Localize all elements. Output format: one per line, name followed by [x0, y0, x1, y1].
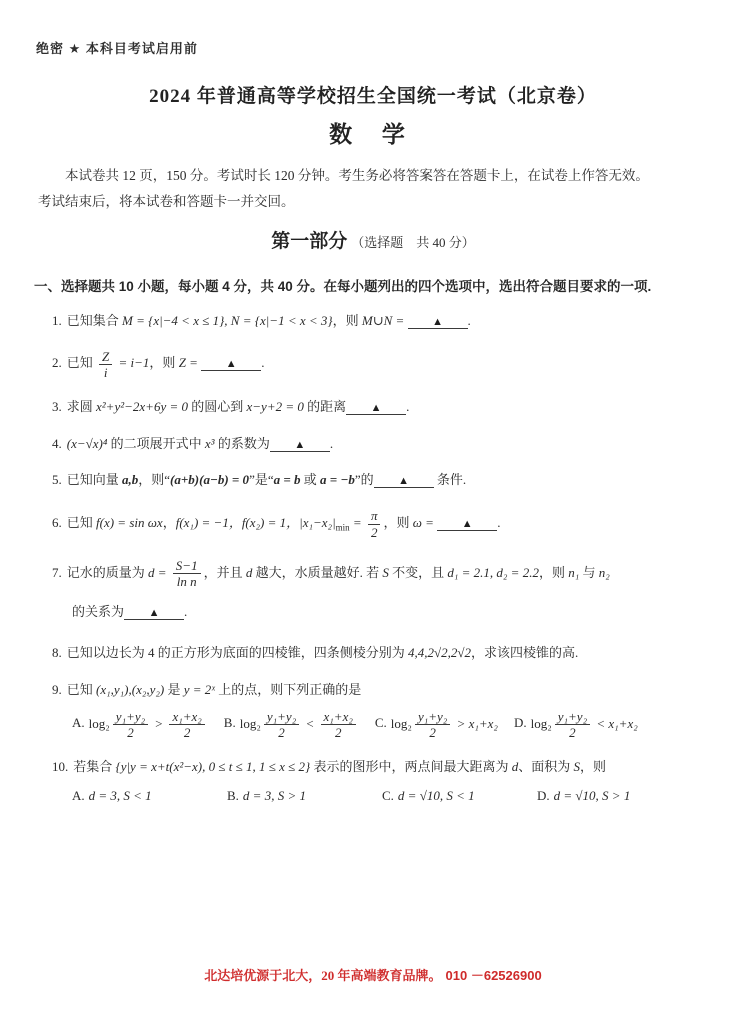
- question-text: .: [184, 604, 187, 619]
- answer-blank: ▲: [201, 356, 261, 371]
- question-7: 7.记水的质量为 d = S−1ln n，并且 d 越大，水质量越好. 若 S …: [52, 557, 718, 628]
- question-text: 条件.: [434, 472, 467, 487]
- question-text: ，则: [333, 313, 362, 328]
- question-text: .: [330, 436, 333, 451]
- math-expr: d₁ = 2.1, d₂ = 2.2: [447, 565, 539, 580]
- option-b: B.d = 3, S > 1: [227, 786, 382, 807]
- question-text: .: [468, 313, 471, 328]
- question-text: 越大，水质量越好. 若: [252, 565, 382, 580]
- math-expr: x₁+x₂: [469, 715, 498, 730]
- answer-blank: ▲: [270, 437, 330, 452]
- fraction-denominator: 2: [321, 725, 356, 741]
- option-label: C.: [382, 788, 394, 803]
- question-5: 5.已知向量 a,b，则“(a+b)(a−b) = 0”是“a = b 或 a …: [52, 470, 718, 491]
- math-expr: a = b: [274, 472, 301, 487]
- question-4: 4.(x−√x)⁴ 的二项展开式中 x³ 的系数为▲.: [52, 434, 718, 455]
- question-text: 不变，且: [389, 565, 448, 580]
- question-number: 7.: [52, 565, 62, 580]
- question-8: 8.已知以边长为 4 的正方形为底面的四棱锥，四条侧棱分别为 4,4,2√2,2…: [52, 643, 718, 664]
- math-expr: x³: [205, 436, 215, 451]
- question-9: 9.已知 (x₁,y₁),(x₂,y₂) 是 y = 2ˣ 上的点，则下列正确的…: [52, 680, 718, 741]
- option-label: B.: [227, 788, 239, 803]
- answer-triangle: ▲: [371, 402, 382, 414]
- fraction-numerator: y₁+y₂: [415, 709, 450, 726]
- question-text: 的二项展开式中: [107, 436, 205, 451]
- subject-title: 数 学: [0, 116, 746, 149]
- option-label: A.: [72, 788, 85, 803]
- option-label: C.: [375, 715, 387, 730]
- answer-blank: ▲: [374, 473, 434, 488]
- question-text: 与: [579, 565, 599, 580]
- instructions-line1: 本试卷共 12 页，150 分。考试时长 120 分钟。考生务必将答案答在答题卡…: [38, 163, 708, 189]
- math-expr: log₂: [89, 715, 110, 730]
- answer-triangle: ▲: [149, 607, 160, 619]
- exam-title: 2024 年普通高等学校招生全国统一考试（北京卷）: [0, 81, 746, 108]
- fraction: Zi: [99, 349, 112, 381]
- math-expr: d = 3, S < 1: [89, 788, 152, 803]
- math-expr: log₂: [240, 715, 261, 730]
- question-6: 6.已知 f(x) = sin ωx，f(x₁) = −1，f(x₂) = 1，…: [52, 507, 718, 540]
- fraction-numerator: S−1: [173, 558, 201, 575]
- question-9-options: A.log₂y₁+y₂2 > x₁+x₂2 B.log₂y₁+y₂2 < x₁+…: [52, 709, 718, 741]
- question-text: ，则: [539, 565, 568, 580]
- answer-triangle: ▲: [432, 316, 443, 328]
- fraction-numerator: y₁+y₂: [555, 709, 590, 726]
- part1-title: 第一部分: [271, 231, 347, 252]
- question-text: 是: [164, 682, 184, 697]
- fraction: y₁+y₂2: [113, 709, 148, 741]
- option-label: D.: [537, 788, 550, 803]
- question-10: 10.若集合 {y|y = x+t(x²−x), 0 ≤ t ≤ 1, 1 ≤ …: [52, 757, 718, 807]
- question-text: 的距离: [304, 399, 346, 414]
- math-expr: |x₁−x₂|: [299, 515, 336, 530]
- question-text: .: [497, 515, 500, 530]
- fraction-denominator: 2: [415, 725, 450, 741]
- question-text: 求圆: [67, 399, 96, 414]
- question-text: ，则“: [138, 472, 170, 487]
- math-expr: a = −b: [320, 472, 355, 487]
- question-2: 2.已知 Zi = i−1，则 Z = ▲.: [52, 347, 718, 380]
- fraction-denominator: 2: [169, 725, 204, 741]
- question-text: ，: [163, 515, 176, 530]
- option-label: B.: [224, 715, 236, 730]
- fraction: x₁+x₂2: [321, 709, 356, 741]
- comparator: >: [151, 715, 166, 730]
- fraction-numerator: π: [368, 508, 381, 525]
- answer-triangle: ▲: [398, 475, 409, 487]
- math-expr: n₂: [599, 565, 610, 580]
- section1-heading: 一、选择题共 10 小题，每小题 4 分，共 40 分。在每小题列出的四个选项中…: [34, 275, 716, 295]
- fraction-denominator: 2: [368, 525, 381, 541]
- question-number: 6.: [52, 515, 62, 530]
- math-expr: x−y+2 = 0: [247, 399, 304, 414]
- math-expr: log₂: [391, 715, 412, 730]
- answer-blank: ▲: [346, 400, 406, 415]
- option-label: A.: [72, 715, 85, 730]
- question-text: 或: [301, 472, 321, 487]
- answer-blank: ▲: [437, 516, 497, 531]
- math-expr: Z =: [179, 355, 202, 370]
- question-text: ”的: [355, 472, 374, 487]
- option-c: C.log₂y₁+y₂2 > x₁+x₂: [375, 709, 498, 741]
- question-10-options: A.d = 3, S < 1 B.d = 3, S > 1 C.d = √10,…: [52, 786, 718, 807]
- question-number: 2.: [52, 355, 62, 370]
- option-d: D.d = √10, S > 1: [537, 786, 692, 807]
- question-number: 3.: [52, 399, 62, 414]
- fraction-numerator: y₁+y₂: [113, 709, 148, 726]
- question-7-line2: 的关系为▲.: [52, 596, 718, 627]
- answer-triangle: ▲: [226, 358, 237, 370]
- question-text: 已知以边长为 4 的正方形为底面的四棱锥，四条侧棱分别为: [67, 645, 408, 660]
- answer-blank: ▲: [408, 314, 468, 329]
- question-1: 1.已知集合 M = {x|−4 < x ≤ 1}, N = {x|−1 < x…: [52, 311, 718, 332]
- fraction-denominator: 2: [113, 725, 148, 741]
- question-text: ，并且: [204, 565, 246, 580]
- math-expr: {y|y = x+t(x²−x), 0 ≤ t ≤ 1, 1 ≤ x ≤ 2}: [116, 759, 311, 774]
- math-expr: 4,4,2√2,2√2: [408, 645, 471, 660]
- math-expr: n₁: [568, 565, 579, 580]
- math-expr: = i−1: [115, 355, 149, 370]
- fraction-numerator: x₁+x₂: [169, 709, 204, 726]
- math-expr: (x−√x)⁴: [67, 436, 108, 451]
- math-expr: d = √10, S > 1: [554, 788, 631, 803]
- comparator: <: [593, 715, 608, 730]
- fraction-denominator: ln n: [173, 574, 201, 590]
- footer-phone: 010 －62526900: [446, 968, 542, 983]
- fraction-numerator: x₁+x₂: [321, 709, 356, 726]
- math-expr: M∪N =: [362, 313, 408, 328]
- fraction: π2: [368, 508, 381, 540]
- question-text: 已知: [67, 682, 96, 697]
- instructions-line2: 考试结束后，将本试卷和答题卡一并交回。: [38, 189, 708, 215]
- fraction: x₁+x₂2: [169, 709, 204, 741]
- exam-page: 绝密 ★ 本科目考试启用前 2024 年普通高等学校招生全国统一考试（北京卷） …: [0, 0, 746, 1024]
- question-number: 9.: [52, 682, 62, 697]
- question-text: 已知集合: [67, 313, 122, 328]
- subscript-min: min: [336, 523, 350, 533]
- math-expr: x²+y²−2x+6y = 0: [96, 399, 188, 414]
- math-expr: x₁+x₂: [608, 715, 637, 730]
- part1-subtitle: （选择题 共 40 分）: [351, 235, 475, 250]
- question-text: 上的点，则下列正确的是: [215, 682, 361, 697]
- question-number: 10.: [52, 759, 68, 774]
- question-text: ”是“: [249, 472, 274, 487]
- question-text: .: [406, 399, 409, 414]
- question-list: 1.已知集合 M = {x|−4 < x ≤ 1}, N = {x|−1 < x…: [52, 311, 718, 807]
- math-expr: log₂: [531, 715, 552, 730]
- question-text: 表示的图形中，两点间最大距离为: [310, 759, 512, 774]
- footer-brand-text: 北达培优源于北大，20 年高端教育品牌。: [204, 968, 441, 983]
- question-text: ，求该四棱锥的高.: [471, 645, 578, 660]
- question-text: 记水的质量为: [67, 565, 148, 580]
- math-expr: =: [350, 515, 365, 530]
- answer-blank: ▲: [124, 605, 184, 620]
- fraction-denominator: 2: [264, 725, 299, 741]
- question-text: 、面积为: [518, 759, 573, 774]
- option-c: C.d = √10, S < 1: [382, 786, 537, 807]
- fraction-denominator: 2: [555, 725, 590, 741]
- fraction-denominator: i: [99, 365, 112, 381]
- question-text: ，则: [383, 515, 412, 530]
- fraction: S−1ln n: [173, 558, 201, 590]
- footer-ad: 北达培优源于北大，20 年高端教育品牌。010 －62526900: [0, 965, 746, 984]
- answer-triangle: ▲: [294, 439, 305, 451]
- fraction: y₁+y₂2: [555, 709, 590, 741]
- classification-header: 绝密 ★ 本科目考试启用前: [36, 0, 746, 57]
- fraction-numerator: y₁+y₂: [264, 709, 299, 726]
- question-number: 4.: [52, 436, 62, 451]
- math-expr: a,b: [122, 472, 138, 487]
- fraction: y₁+y₂2: [415, 709, 450, 741]
- question-text: 已知: [67, 515, 96, 530]
- question-number: 1.: [52, 313, 62, 328]
- question-text: 的关系为: [72, 604, 124, 619]
- option-a: A.d = 3, S < 1: [72, 786, 227, 807]
- question-text: ，则: [580, 759, 606, 774]
- comparator: <: [302, 715, 317, 730]
- math-expr: f(x) = sin ωx: [96, 515, 163, 530]
- question-text: 的系数为: [215, 436, 270, 451]
- fraction-numerator: Z: [99, 349, 112, 366]
- question-text: 若集合: [73, 759, 115, 774]
- question-3: 3.求圆 x²+y²−2x+6y = 0 的圆心到 x−y+2 = 0 的距离▲…: [52, 397, 718, 418]
- part1-heading: 第一部分（选择题 共 40 分）: [0, 226, 746, 253]
- question-text: 已知向量: [67, 472, 122, 487]
- math-expr: d = √10, S < 1: [398, 788, 475, 803]
- math-expr: (a+b)(a−b) = 0: [170, 472, 249, 487]
- answer-triangle: ▲: [462, 518, 473, 530]
- question-text: 的圆心到: [188, 399, 247, 414]
- option-d: D.log₂y₁+y₂2 < x₁+x₂: [514, 709, 638, 741]
- question-text: .: [261, 355, 264, 370]
- question-text: 已知: [67, 355, 96, 370]
- math-expr: (x₁,y₁),(x₂,y₂): [96, 682, 164, 697]
- math-expr: M = {x|−4 < x ≤ 1}, N = {x|−1 < x < 3}: [122, 313, 333, 328]
- fraction: y₁+y₂2: [264, 709, 299, 741]
- math-expr: d =: [148, 565, 170, 580]
- math-expr: ω =: [413, 515, 437, 530]
- question-text: ，则: [149, 355, 178, 370]
- math-expr: f(x₁) = −1，f(x₂) = 1，: [176, 515, 299, 530]
- option-b: B.log₂y₁+y₂2 < x₁+x₂2: [224, 709, 359, 741]
- option-a: A.log₂y₁+y₂2 > x₁+x₂2: [72, 709, 208, 741]
- question-number: 5.: [52, 472, 62, 487]
- comparator: >: [453, 715, 468, 730]
- option-label: D.: [514, 715, 527, 730]
- math-expr: y = 2ˣ: [184, 682, 215, 697]
- exam-instructions: 本试卷共 12 页，150 分。考试时长 120 分钟。考生务必将答案答在答题卡…: [38, 163, 708, 216]
- math-expr: d = 3, S > 1: [243, 788, 306, 803]
- question-number: 8.: [52, 645, 62, 660]
